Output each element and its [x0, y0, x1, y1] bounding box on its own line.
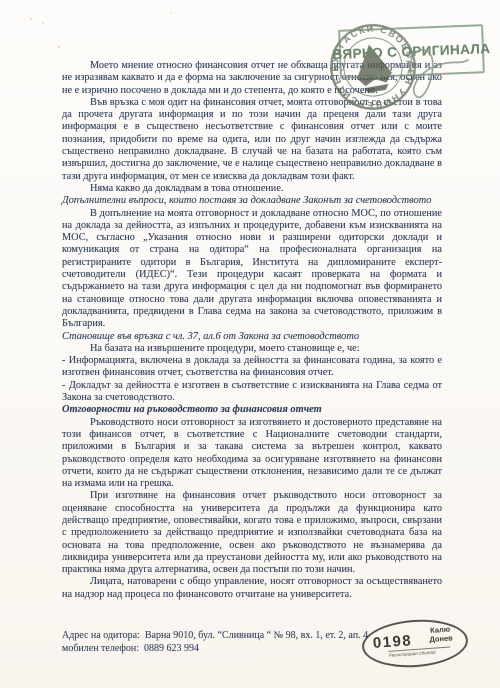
signature-mark [402, 38, 474, 116]
address-label: Адрес на одитора: [62, 630, 140, 641]
paragraph-ides-procedures: В допълнение на моята отговорност и докл… [62, 208, 442, 331]
phone-value: 0889 623 994 [144, 643, 199, 654]
auditor-last-name: Донев [429, 633, 453, 644]
list-item-information-consistent: - Информацията, включена в доклада за де… [62, 355, 442, 380]
section-heading-additional-matters: Допълнителни въпроси, които поставя за д… [62, 195, 442, 207]
section-heading-management-responsibilities: Отговорности на ръководството за финансо… [62, 404, 442, 416]
paragraph-auditor-responsibility: Във връзка с моя одит на финансовия отче… [62, 97, 442, 183]
list-item-report-compliant: - Докладът за дейността е изготвен в съо… [62, 380, 442, 405]
paragraph-management-responsibility: Ръководството носи отговорност за изготв… [62, 417, 442, 491]
document-body: Моето мнение относно финансовия отчет не… [62, 60, 442, 601]
section-heading-opinion-art37: Становище във връзка с чл. 37, ал.6 от З… [62, 331, 442, 343]
paragraph-opinion-intro: На базата на извършените процедури, моет… [62, 343, 442, 355]
scan-noise [30, 18, 32, 20]
paragraph-going-concern: При изготвяне на финансовия отчет ръково… [62, 490, 442, 576]
paragraph-nothing-to-report: Няма какво да докладвам в това отношение… [62, 183, 442, 195]
registered-auditor-stamp: 0198 Калю Донев Регистриран одитор [360, 616, 469, 670]
scanned-document-page: БУРГАСКИ СВОБОДЕН УНИВЕРСИТЕТ ВЯРНО С ОР… [0, 0, 500, 688]
address-value: Варна 9010, бул. “Сливница “ № 98, вх. 1… [145, 630, 368, 641]
phone-label: мобилен телефон: [62, 643, 139, 654]
paragraph-governance-oversight: Лицата, натоварени с общо управление, но… [62, 576, 442, 601]
